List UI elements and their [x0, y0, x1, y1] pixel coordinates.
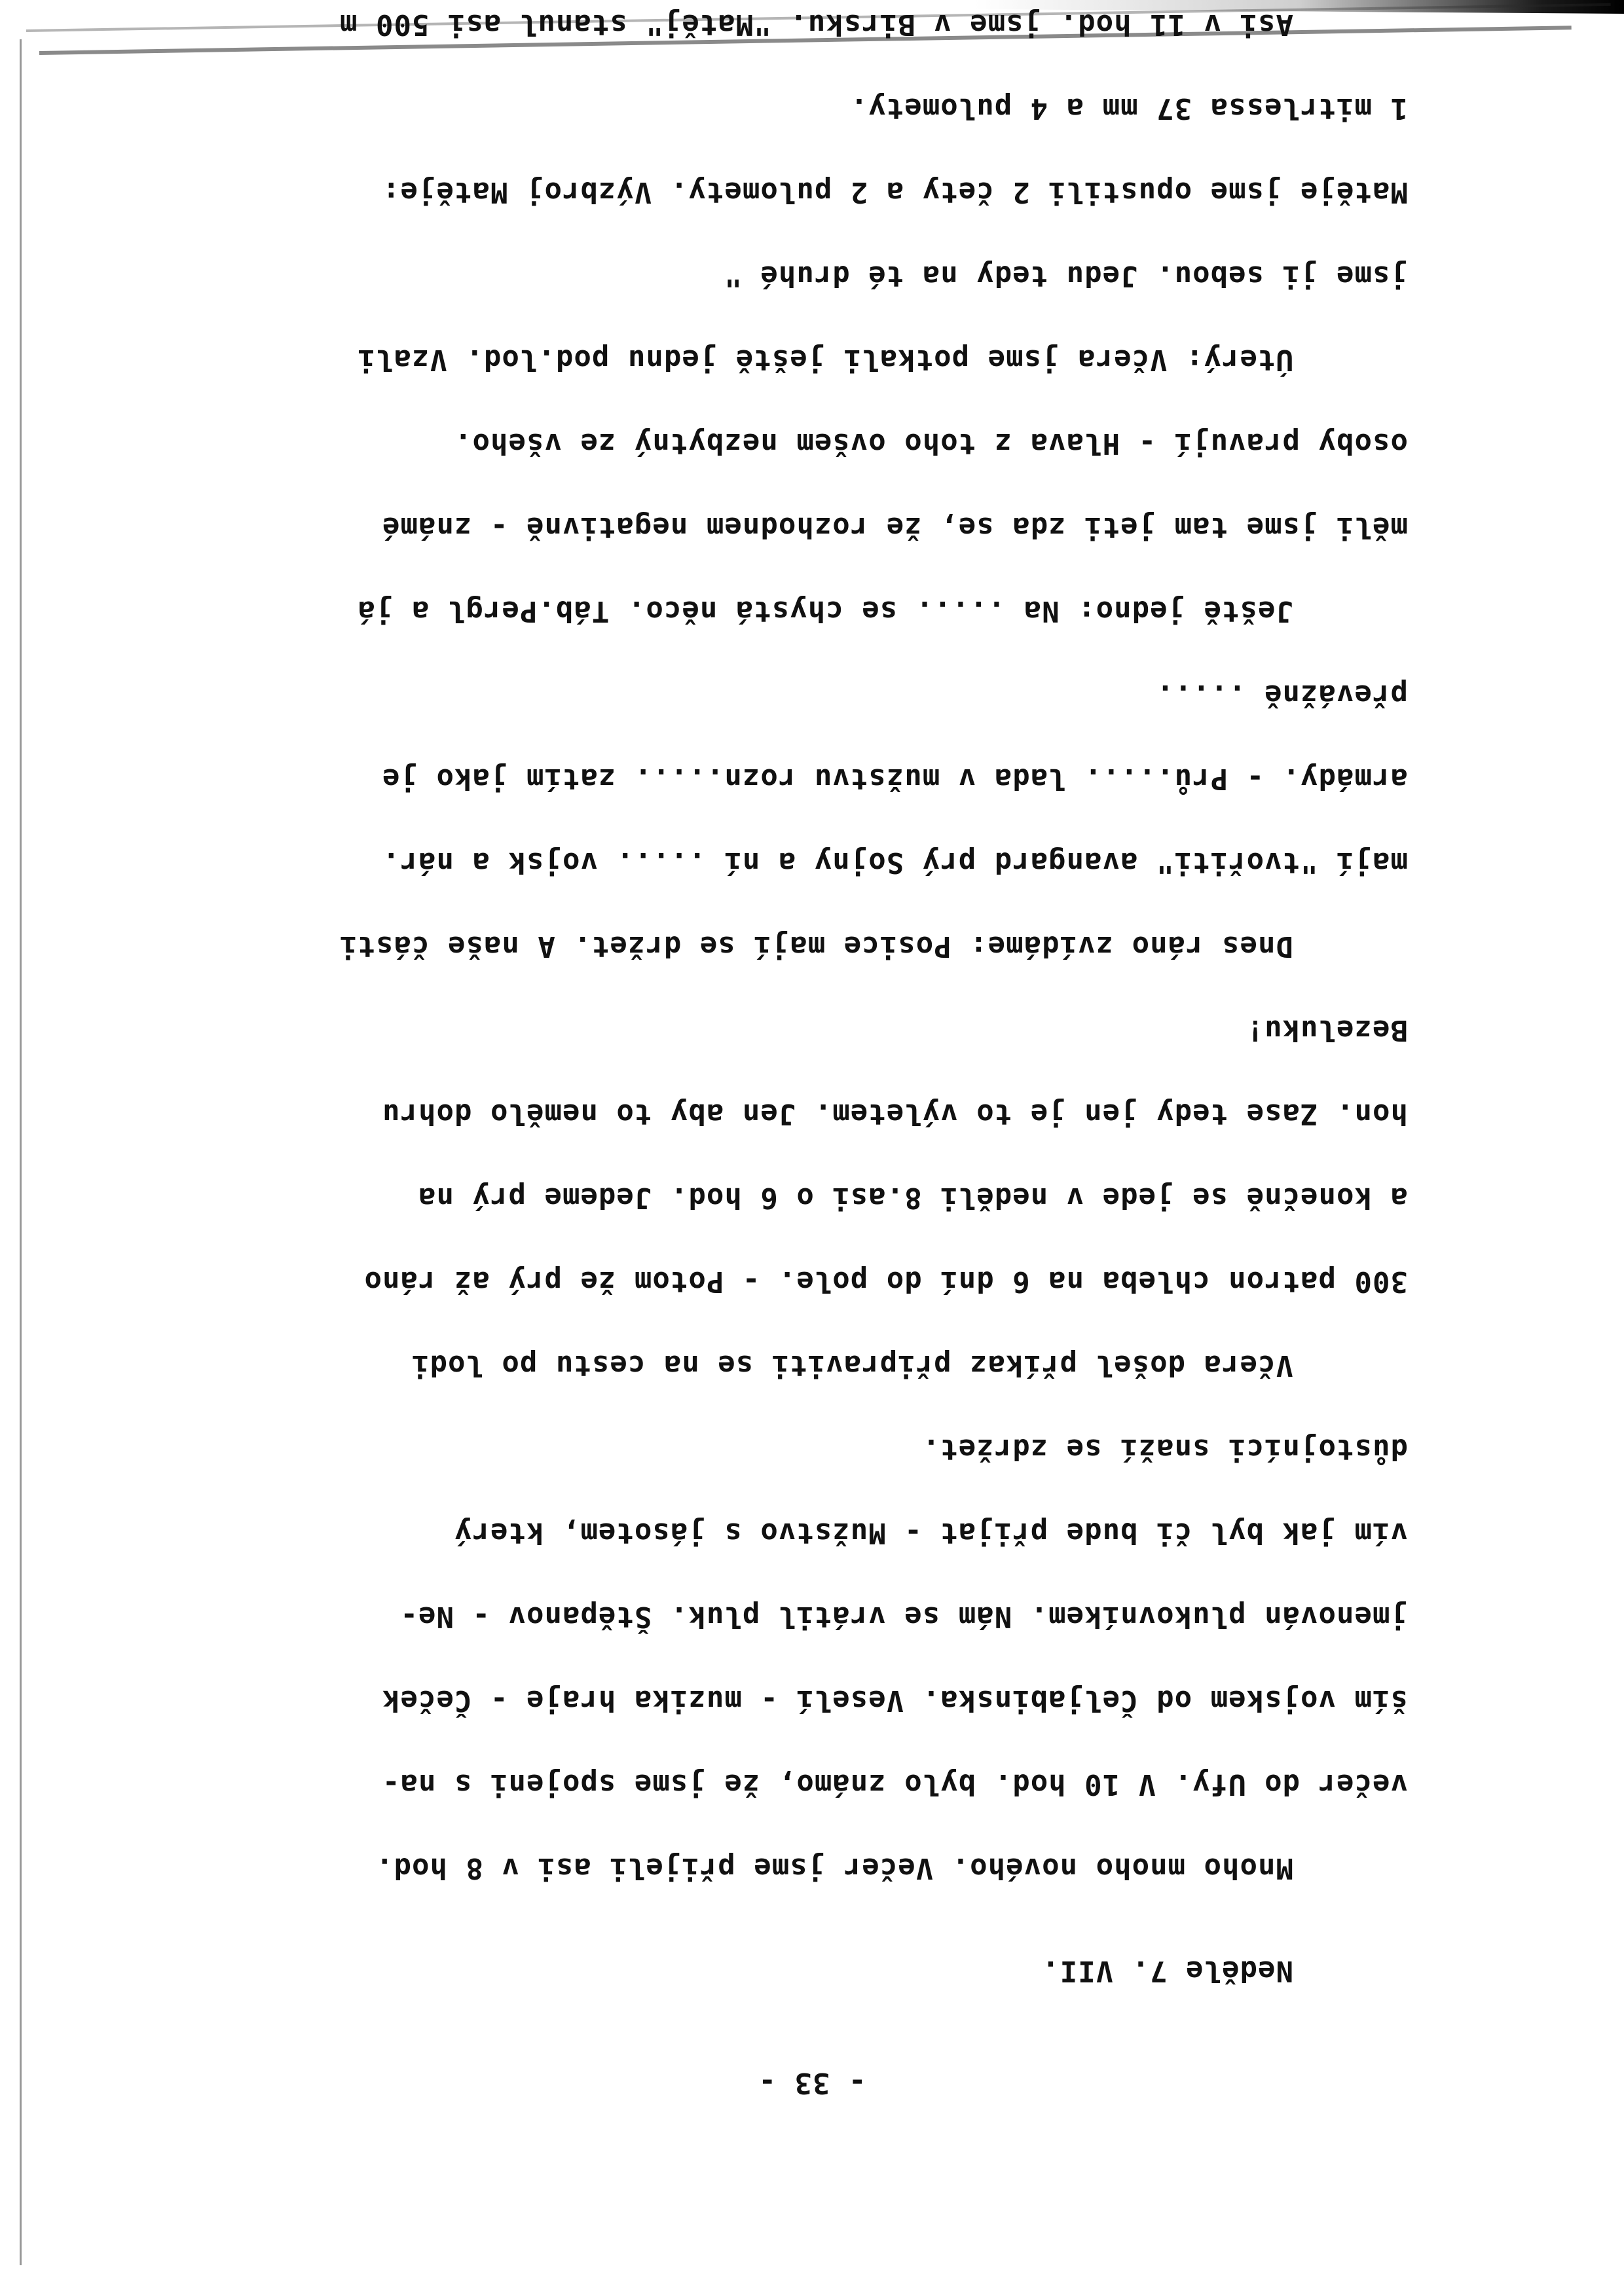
text-line: Ještě jedno: Na ..... se chystá něco. Tá…: [164, 569, 1408, 653]
text-line: Dnes ráno zvídáme: Posice mají se držet.…: [164, 904, 1408, 988]
text-line: hon. Zase tedy jen je to výletem. Jen ab…: [164, 1072, 1408, 1156]
text-line: večer do Ufy. V 10 hod. bylo známo, že j…: [164, 1742, 1408, 1826]
text-line: a konečně se jede v neděli 8.asi o 6 hod…: [164, 1156, 1408, 1239]
text-line: Bezeluku!: [164, 988, 1408, 1072]
text-line: osoby pravují - Hlava z toho ovšem nezby…: [164, 401, 1408, 485]
text-line: 300 patron chleba na 6 dní do pole. - Po…: [164, 1239, 1408, 1323]
text-line: ším vojskem od Čeljabinska. Veselí - muz…: [164, 1658, 1408, 1742]
text-line: jmenován plukovníkem. Nám se vrátil pluk…: [164, 1575, 1408, 1658]
text-line: 1 mitrlessa 37 mm a 4 pulomety.: [164, 66, 1408, 150]
text-line: měli jsme tam jeti zda se, že rozhodnem …: [164, 485, 1408, 569]
diary-date-heading: Neděle 7. VII.: [164, 1954, 1293, 1988]
page-body: - 33 - Neděle 7. VII. Mnoho mnoho nového…: [164, 0, 1408, 2100]
typewritten-page: - 33 - Neděle 7. VII. Mnoho mnoho nového…: [0, 0, 1624, 2296]
text-line: Úterý: Včera jsme potkali ještě jednu po…: [164, 318, 1408, 401]
text-line: Asi v 11 hod. jsme v Birsku. "Matěj" sta…: [164, 0, 1408, 66]
text-line: Matěje jsme opustili 2 čety a 2 pulomety…: [164, 150, 1408, 234]
text-line: převážně .....: [164, 653, 1408, 737]
text-line: armády. - Prů..... lada v mužstvu rozn..…: [164, 737, 1408, 820]
text-line: vím jak byl či bude přijat - Mužstvo s j…: [164, 1491, 1408, 1575]
text-line: jsme ji sebou. Jedu tedy na té druhé ": [164, 234, 1408, 318]
page-number: - 33 -: [0, 2066, 1624, 2100]
text-line: Včera došel příkaz připraviti se na cest…: [164, 1323, 1408, 1407]
text-line: mají "tvořiti" avangard prý Sojny a ní .…: [164, 820, 1408, 904]
text-line: důstojníci snaží se zdržet.: [164, 1407, 1408, 1491]
text-line: Mnoho mnoho nového. Večer jsme přijeli a…: [164, 1826, 1408, 1910]
diary-text: Mnoho mnoho nového. Večer jsme přijeli a…: [164, 0, 1408, 1910]
